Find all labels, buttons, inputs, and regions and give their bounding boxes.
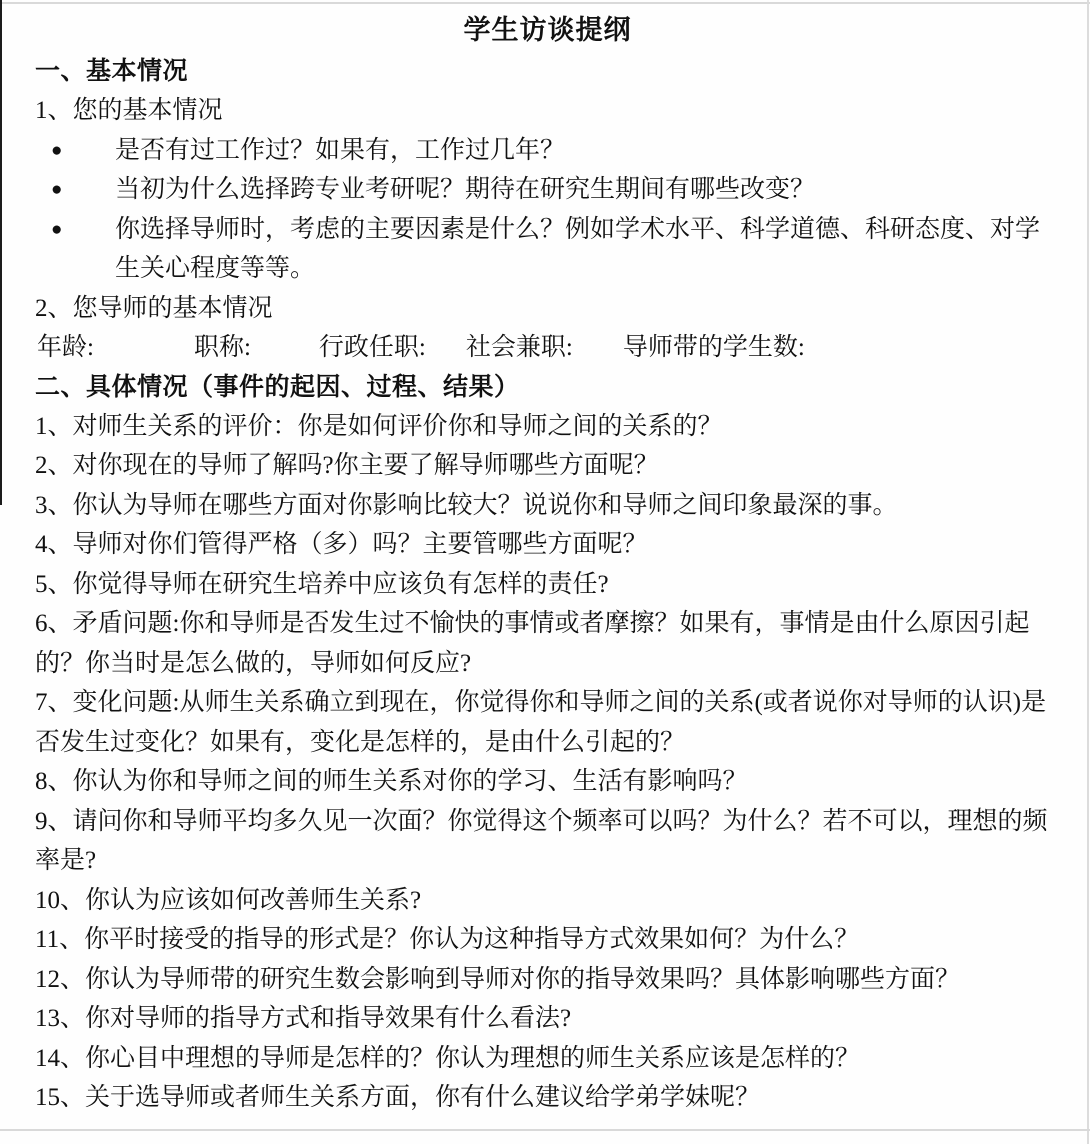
question-text: 你觉得导师在研究生培养中应该负有怎样的责任?: [73, 571, 609, 598]
subitem-number: 2、: [35, 295, 73, 322]
question-number: 10、: [35, 887, 85, 914]
question-number: 2、: [35, 452, 73, 479]
question-text: 矛盾问题:你和导师是否发生过不愉快的事情或者摩擦？如果有，事情是由什么原因引起的…: [35, 610, 1029, 677]
subitem-text: 您导师的基本情况: [73, 295, 273, 322]
question-15: 15、关于选导师或者师生关系方面，你有什么建议给学弟学妹呢？: [35, 1078, 1060, 1118]
subitem-text: 您的基本情况: [73, 97, 223, 124]
page-title: 学生访谈提纲: [35, 12, 1060, 48]
question-text: 你认为导师在哪些方面对你影响比较大？说说你和导师之间印象最深的事。: [73, 492, 898, 519]
question-number: 3、: [35, 492, 73, 519]
question-number: 4、: [35, 531, 73, 558]
question-text: 你认为你和导师之间的师生关系对你的学习、生活有影响吗？: [73, 768, 748, 795]
question-text: 你对导师的指导方式和指导效果有什么看法?: [85, 1005, 571, 1032]
scan-edge-bottom: [0, 1129, 1090, 1131]
question-6: 6、矛盾问题:你和导师是否发生过不愉快的事情或者摩擦？如果有，事情是由什么原因引…: [35, 604, 1060, 683]
field-label-admin-post: 行政任职:: [319, 328, 426, 368]
subitem-number: 1、: [35, 97, 73, 124]
question-number: 12、: [35, 966, 85, 993]
question-5: 5、你觉得导师在研究生培养中应该负有怎样的责任?: [35, 565, 1060, 605]
question-text: 请问你和导师平均多久见一次面？你觉得这个频率可以吗？为什么？若不可以，理想的频率…: [35, 808, 1048, 875]
bullet-item: ● 你选择导师时，考虑的主要因素是什么？例如学术水平、科学道德、科研态度、对学生…: [35, 210, 1060, 289]
question-number: 9、: [35, 808, 73, 835]
question-4: 4、导师对你们管得严格（多）吗？主要管哪些方面呢？: [35, 525, 1060, 565]
field-label-social-post: 社会兼职:: [466, 328, 573, 368]
bullet-item: ● 当初为什么选择跨专业考研呢？期待在研究生期间有哪些改变？: [35, 170, 1060, 210]
scan-edge-right: [1087, 0, 1089, 1144]
bullet-text: 是否有过工作过？如果有，工作过几年？: [115, 131, 1060, 171]
question-number: 5、: [35, 571, 73, 598]
question-9: 9、请问你和导师平均多久见一次面？你觉得这个频率可以吗？为什么？若不可以，理想的…: [35, 802, 1060, 881]
question-text: 关于选导师或者师生关系方面，你有什么建议给学弟学妹呢？: [85, 1084, 760, 1111]
question-text: 对师生关系的评价：你是如何评价你和导师之间的关系的？: [73, 413, 723, 440]
section-1-subitem-2: 2、您导师的基本情况: [35, 289, 1060, 329]
question-8: 8、你认为你和导师之间的师生关系对你的学习、生活有影响吗？: [35, 762, 1060, 802]
section-1-subitem-1: 1、您的基本情况: [35, 91, 1060, 131]
question-14: 14、你心目中理想的导师是怎样的？你认为理想的师生关系应该是怎样的？: [35, 1039, 1060, 1079]
question-12: 12、你认为导师带的研究生数会影响到导师对你的指导效果吗？具体影响哪些方面？: [35, 960, 1060, 1000]
question-number: 1、: [35, 413, 73, 440]
section-1-heading: 一、基本情况: [35, 52, 1060, 91]
question-3: 3、你认为导师在哪些方面对你影响比较大？说说你和导师之间印象最深的事。: [35, 486, 1060, 526]
bullet-icon: ●: [35, 170, 115, 210]
question-number: 14、: [35, 1045, 85, 1072]
question-2: 2、对你现在的导师了解吗?你主要了解导师哪些方面呢？: [35, 446, 1060, 486]
question-number: 13、: [35, 1005, 85, 1032]
bullet-icon: ●: [35, 210, 115, 250]
bullet-text: 当初为什么选择跨专业考研呢？期待在研究生期间有哪些改变？: [115, 170, 1060, 210]
section-2-heading: 二、具体情况（事件的起因、过程、结果）: [35, 368, 1060, 407]
scan-edge-top: [0, 2, 1090, 4]
question-number: 7、: [35, 689, 73, 716]
question-number: 11、: [35, 926, 84, 953]
question-11: 11、你平时接受的指导的形式是？你认为这种指导方式效果如何？为什么？: [35, 920, 1060, 960]
question-text: 你心目中理想的导师是怎样的？你认为理想的师生关系应该是怎样的？: [85, 1045, 860, 1072]
bullet-item: ● 是否有过工作过？如果有，工作过几年？: [35, 131, 1060, 171]
question-13: 13、你对导师的指导方式和指导效果有什么看法?: [35, 999, 1060, 1039]
question-text: 对你现在的导师了解吗?你主要了解导师哪些方面呢？: [73, 452, 659, 479]
bullet-icon: ●: [35, 131, 115, 171]
scan-edge-left: [0, 0, 2, 505]
question-7: 7、变化问题:从师生关系确立到现在，你觉得你和导师之间的关系(或者说你对导师的认…: [35, 683, 1060, 762]
bullet-text: 你选择导师时，考虑的主要因素是什么？例如学术水平、科学道德、科研态度、对学生关心…: [115, 210, 1060, 289]
question-text: 你认为应该如何改善师生关系?: [85, 887, 421, 914]
question-text: 变化问题:从师生关系确立到现在，你觉得你和导师之间的关系(或者说你对导师的认识)…: [35, 689, 1046, 756]
question-number: 15、: [35, 1084, 85, 1111]
document-content: 学生访谈提纲 一、基本情况 1、您的基本情况 ● 是否有过工作过？如果有，工作过…: [35, 12, 1060, 1118]
field-label-student-count: 导师带的学生数:: [623, 328, 805, 368]
question-number: 6、: [35, 610, 73, 637]
question-number: 8、: [35, 768, 73, 795]
field-label-title: 职称:: [194, 328, 251, 368]
question-text: 你平时接受的指导的形式是？你认为这种指导方式效果如何？为什么？: [84, 926, 859, 953]
question-10: 10、你认为应该如何改善师生关系?: [35, 881, 1060, 921]
document-page: 学生访谈提纲 一、基本情况 1、您的基本情况 ● 是否有过工作过？如果有，工作过…: [0, 0, 1090, 1144]
field-label-age: 年龄:: [37, 328, 94, 368]
question-text: 导师对你们管得严格（多）吗？主要管哪些方面呢？: [73, 531, 648, 558]
advisor-info-fields: 年龄: 职称: 行政任职: 社会兼职: 导师带的学生数:: [35, 328, 1060, 368]
question-text: 你认为导师带的研究生数会影响到导师对你的指导效果吗？具体影响哪些方面？: [85, 966, 960, 993]
question-1: 1、对师生关系的评价：你是如何评价你和导师之间的关系的？: [35, 407, 1060, 447]
